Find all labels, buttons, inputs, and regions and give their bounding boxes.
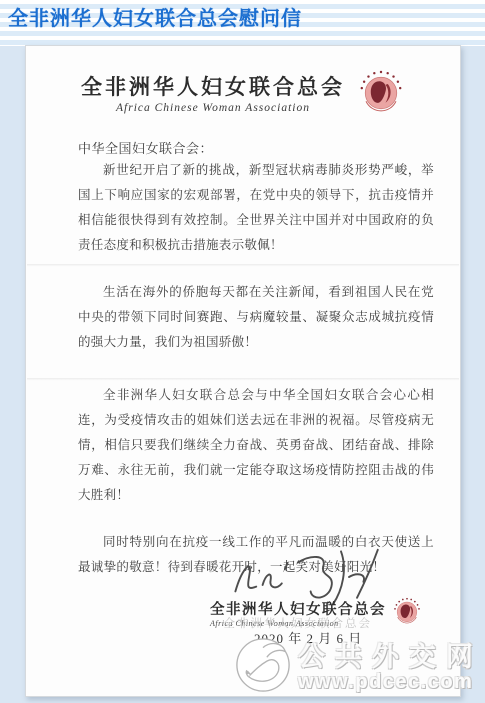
watermark-site-url: www.pdcec.com — [298, 672, 483, 692]
letterhead-org-name-en: Africa Chinese Woman Association — [81, 102, 345, 114]
dove-circle-icon — [234, 636, 292, 699]
letterhead: 全非洲华人妇女联合总会 Africa Chinese Woman Associa… — [26, 66, 460, 119]
page-title: 全非洲华人妇女联合总会慰问信 — [8, 2, 302, 31]
letter-paragraph: 生活在海外的侨胞每天都在关注新闻，看到祖国人民在党中央的带领下同时间赛跑、与病魔… — [78, 280, 434, 355]
watermark-site-name: 公共外交网 — [298, 644, 483, 671]
scanned-letter: 全非洲华人妇女联合总会 Africa Chinese Woman Associa… — [25, 45, 461, 697]
association-emblem-small-icon — [392, 595, 422, 630]
letter-paragraph: 全非洲华人妇女联合总会与中华全国妇女联合会心心相连，为受疫情攻击的姐妹们送去远在… — [78, 383, 434, 508]
site-watermark: 公共外交网 www.pdcec.com — [234, 636, 483, 699]
association-emblem-icon — [357, 66, 405, 119]
article-page: 全非洲华人妇女联合总会慰问信 全非洲华人妇女联合总会 Africa Chines… — [0, 0, 485, 703]
letter-paragraph: 新世纪开启了新的挑战，新型冠状病毒肺炎形势严峻，举国上下响应国家的宏观部署，在党… — [78, 158, 434, 258]
letterhead-org-name-cn: 全非洲华人妇女联合总会 — [81, 71, 345, 101]
letter-body: 新世纪开启了新的挑战，新型冠状病毒肺炎形势严峻，举国上下响应国家的宏观部署，在党… — [78, 158, 434, 602]
letter-salutation: 中华全国妇女联合会： — [78, 138, 213, 157]
